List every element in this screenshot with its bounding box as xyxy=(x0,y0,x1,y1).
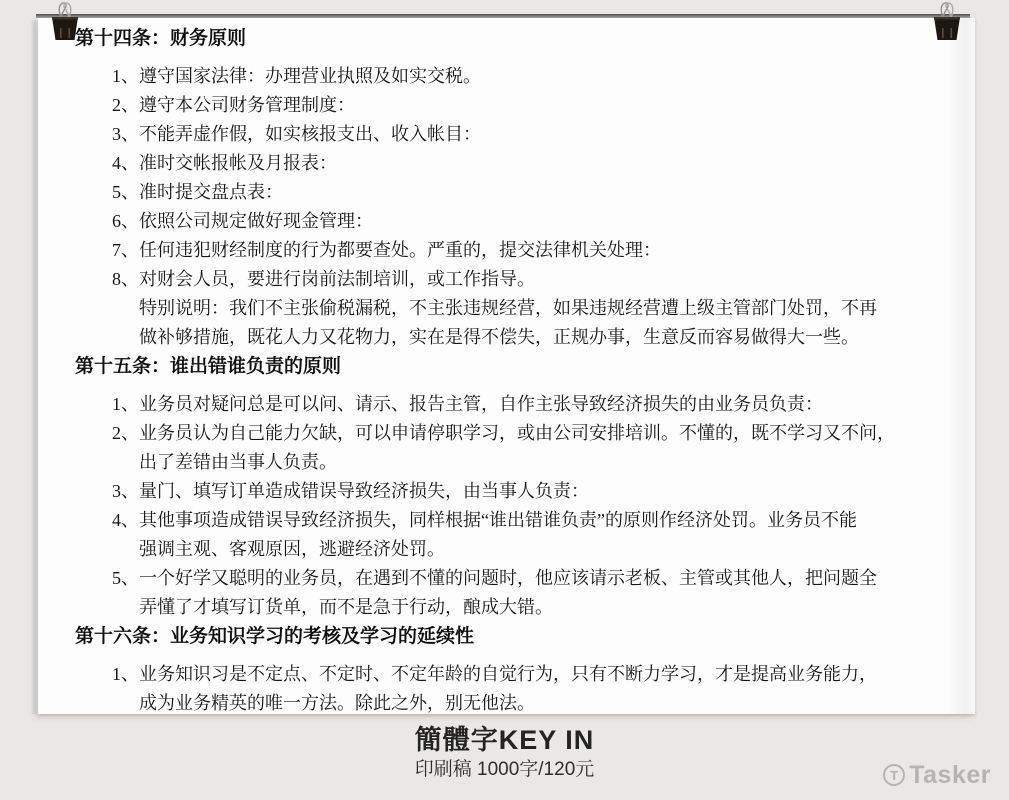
list-item: 2、 遵守本公司财务管理制度： xyxy=(75,91,961,120)
list-item: 2、 业务员认为自己能力欠缺，可以申请停职学习，或由公司安排培训。不懂的，既不学… xyxy=(75,419,961,477)
text-line: 遵守本公司财务管理制度： xyxy=(139,91,961,120)
item-number: 1、 xyxy=(112,390,139,419)
caption-block: 簡體字KEY IN 印刷稿 1000字/120元 xyxy=(0,724,1009,782)
list-item: 4、 准时交帐报帐及月报表： xyxy=(75,149,961,178)
document-paper: 第十四条：财务原则 1、 遵守国家法律：办理营业执照及如实交税。 2、 遵守本公… xyxy=(38,18,975,714)
text-line: 强调主观、客观原因，逃避经济处罚。 xyxy=(139,535,961,564)
item-number: 4、 xyxy=(112,506,139,535)
text-line: 依照公司规定做好现金管理： xyxy=(139,207,961,236)
list-item: 5、 一个好学又聪明的业务员，在遇到不懂的问题时，他应该请示老板、主管或其他人，… xyxy=(75,564,961,622)
section-heading: 第十四条：财务原则 xyxy=(75,24,961,53)
text-line: 业务员认为自己能力欠缺，可以申请停职学习，或由公司安排培训。不懂的，既不学习又不… xyxy=(139,419,961,448)
tasker-watermark: T Tasker xyxy=(883,760,991,790)
item-number: 2、 xyxy=(112,419,139,448)
list-item: 3、 量门、填写订单造成错误导致经济损失，由当事人负责： xyxy=(75,477,961,506)
text-line: 特别说明：我们不主张偷税漏税，不主张违规经营，如果违规经营遭上级主管部门处罚，不… xyxy=(139,294,961,323)
text-line: 不能弄虚作假，如实核报支出、收入帐目： xyxy=(139,120,961,149)
text-line: 业务员对疑问总是可以问、请示、报告主管，自作主张导致经济损失的由业务员负责： xyxy=(139,390,961,419)
list-item: 8、 对财会人员，要进行岗前法制培训，或工作指导。 特别说明：我们不主张偷税漏税… xyxy=(75,265,961,352)
text-line: 一个好学又聪明的业务员，在遇到不懂的问题时，他应该请示老板、主管或其他人，把问题… xyxy=(139,564,961,593)
item-number: 4、 xyxy=(112,149,139,178)
item-number: 1、 xyxy=(112,62,139,91)
text-line: 出了差错由当事人负责。 xyxy=(139,448,961,477)
text-line: 成为业务精英的唯一方法。除此之外，别无他法。 xyxy=(139,689,961,714)
binder-clip-icon xyxy=(932,0,962,42)
item-number: 5、 xyxy=(112,178,139,207)
text-line: 对财会人员，要进行岗前法制培训，或工作指导。 xyxy=(139,265,961,294)
list-item: 3、 不能弄虚作假，如实核报支出、收入帐目： xyxy=(75,120,961,149)
binder-clip-icon xyxy=(50,0,80,42)
item-number: 7、 xyxy=(112,236,139,265)
list-item: 1、 遵守国家法律：办理营业执照及如实交税。 xyxy=(75,62,961,91)
item-number: 3、 xyxy=(112,120,139,149)
text-line: 准时交帐报帐及月报表： xyxy=(139,149,961,178)
item-number: 1、 xyxy=(112,660,139,689)
tasker-logo-icon: T xyxy=(883,764,905,786)
item-number: 6、 xyxy=(112,207,139,236)
list-item: 6、 依照公司规定做好现金管理： xyxy=(75,207,961,236)
list-item: 7、 任何违犯财经制度的行为都要查处。严重的，提交法律机关处理： xyxy=(75,236,961,265)
text-line: 做补够措施，既花人力又花物力，实在是得不偿失，正规办事，生意反而容易做得大一些。 xyxy=(139,323,961,352)
text-line: 业务知识习是不定点、不定时、不定年龄的自觉行为，只有不断力学习，才是提高业务能力… xyxy=(139,660,961,689)
caption-subtitle: 印刷稿 1000字/120元 xyxy=(0,757,1009,782)
list-item: 5、 准时提交盘点表： xyxy=(75,178,961,207)
section-heading: 第十五条：谁出错谁负责的原则 xyxy=(75,352,961,381)
list-item: 1、 业务知识习是不定点、不定时、不定年龄的自觉行为，只有不断力学习，才是提高业… xyxy=(75,660,961,714)
item-number: 3、 xyxy=(112,477,139,506)
photo-backdrop: { "page": { "background_color": "#e9e8e6… xyxy=(0,0,1009,800)
item-number: 5、 xyxy=(112,564,139,593)
list-item: 1、 业务员对疑问总是可以问、请示、报告主管，自作主张导致经济损失的由业务员负责… xyxy=(75,390,961,419)
text-line: 其他事项造成错误导致经济损失，同样根据“谁出错谁负责”的原则作经济处罚。业务员不… xyxy=(139,506,961,535)
text-line: 准时提交盘点表： xyxy=(139,178,961,207)
caption-title: 簡體字KEY IN xyxy=(0,724,1009,757)
text-line: 弄懂了才填写订货单，而不是急于行动，酿成大错。 xyxy=(139,593,961,622)
list-item: 4、 其他事项造成错误导致经济损失，同样根据“谁出错谁负责”的原则作经济处罚。业… xyxy=(75,506,961,564)
text-line: 遵守国家法律：办理营业执照及如实交税。 xyxy=(139,62,961,91)
section-heading: 第十六条：业务知识学习的考核及学习的延续性 xyxy=(75,622,961,651)
item-number: 8、 xyxy=(112,265,139,294)
text-line: 任何违犯财经制度的行为都要查处。严重的，提交法律机关处理： xyxy=(139,236,961,265)
text-line: 量门、填写订单造成错误导致经济损失，由当事人负责： xyxy=(139,477,961,506)
item-number: 2、 xyxy=(112,91,139,120)
tasker-logo-text: Tasker xyxy=(909,761,991,790)
